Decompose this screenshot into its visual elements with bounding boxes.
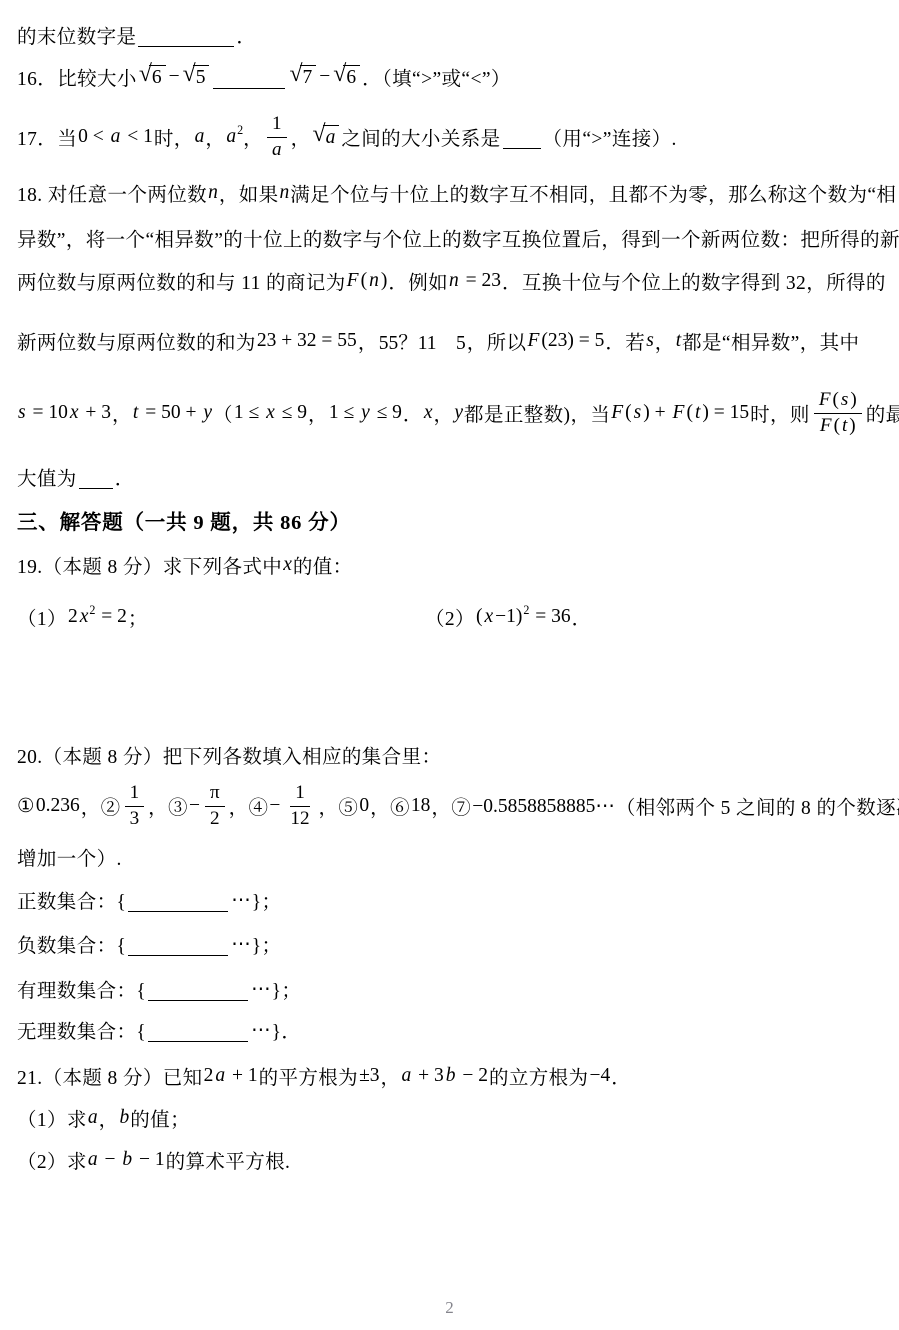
math-number: + 3 bbox=[412, 1065, 445, 1087]
math-number: 55？11 5 bbox=[378, 327, 467, 355]
fraction: 13 bbox=[125, 782, 145, 830]
text-run: ，如果 bbox=[219, 179, 279, 207]
text-run: 19.（本题 8 分）求下列各式中 bbox=[17, 551, 282, 579]
fraction-numerator: 1 bbox=[125, 782, 145, 807]
math-number: = 10 bbox=[27, 402, 69, 424]
text-run: 16．比较大小 bbox=[17, 63, 137, 91]
question-18-line-3: 两位数与原两位数的和与 11 的商记为F(n)．例如n = 23．互换十位与个位… bbox=[17, 266, 886, 296]
math-variable: a bbox=[87, 1107, 99, 1129]
fraction-denominator: 3 bbox=[125, 807, 145, 831]
math-number: − 1 bbox=[133, 1149, 166, 1171]
math-number: ) bbox=[849, 389, 857, 412]
math-variable: t bbox=[841, 415, 848, 438]
text-run: }； bbox=[252, 930, 282, 958]
answer-blank bbox=[128, 933, 228, 956]
question-16-line: 16．比较大小√6−√5√7−√6．（填“>”或“<”） bbox=[17, 62, 511, 92]
text-run: ．若 bbox=[605, 327, 645, 355]
math-number: ( bbox=[624, 402, 633, 424]
math-number: −4 bbox=[588, 1065, 611, 1087]
math-number: = 2 bbox=[95, 606, 128, 628]
math-number: 7 bbox=[302, 67, 314, 88]
question-18-line-6: 大值为． bbox=[17, 462, 135, 492]
math-variable: n bbox=[279, 182, 291, 204]
question-21-part-2: （2）求a − b − 1的算术平方根. bbox=[17, 1145, 290, 1175]
text-run: ， bbox=[243, 123, 263, 151]
text-run: 大值为 bbox=[17, 463, 77, 491]
text-run: 20.（本题 8 分）把下列各数填入相应的集合里： bbox=[17, 741, 441, 769]
math-number: −0.5858858885⋯ bbox=[471, 794, 616, 818]
math-variable: F bbox=[346, 270, 360, 292]
text-run: ，⑥ bbox=[370, 792, 410, 820]
math-variable: a bbox=[325, 127, 337, 148]
text-run: 都是正整数)，当 bbox=[464, 399, 610, 427]
answer-blank bbox=[138, 24, 234, 47]
text-run: 新两位数与原两位数的和为 bbox=[17, 327, 256, 355]
exponent: 2 bbox=[523, 604, 529, 616]
math-number: + 1 bbox=[226, 1065, 259, 1087]
math-variable: F bbox=[610, 402, 624, 424]
fraction-numerator: 1 bbox=[290, 782, 310, 807]
answer-blank bbox=[503, 126, 541, 149]
question-19-part-2: （2）(x−1)2 = 36． bbox=[425, 602, 592, 632]
text-run: ， bbox=[655, 327, 675, 355]
text-run: 时，则 bbox=[750, 399, 810, 427]
text-run: }； bbox=[252, 886, 282, 914]
power-expression: a2 bbox=[225, 126, 243, 148]
math-variable: a bbox=[400, 1065, 412, 1087]
text-run: ． bbox=[115, 463, 135, 491]
math-number: ) + bbox=[642, 402, 671, 424]
math-variable: s bbox=[633, 402, 643, 424]
sqrt-expression: √5 bbox=[183, 65, 210, 89]
fraction-numerator: F(s) bbox=[814, 389, 862, 414]
fraction-denominator: 2 bbox=[205, 807, 225, 831]
question-20-numbers-line-2: 增加一个）. bbox=[17, 842, 122, 872]
math-number: − bbox=[99, 1149, 122, 1171]
math-number: 0 < bbox=[77, 126, 110, 148]
math-number: − bbox=[318, 66, 331, 88]
math-number: ≤ 9 bbox=[371, 402, 403, 424]
math-variable: x bbox=[282, 554, 293, 576]
math-variable: F bbox=[672, 402, 686, 424]
math-variable: a bbox=[214, 1065, 226, 1087]
math-number: 1 ≤ bbox=[328, 402, 360, 424]
math-number: 12 bbox=[289, 808, 310, 831]
text-run: 的立方根为 bbox=[489, 1062, 589, 1090]
math-number: = 23 bbox=[460, 270, 502, 292]
math-number: 2 bbox=[203, 1065, 215, 1087]
math-number: ) bbox=[380, 270, 389, 292]
text-run: ，② bbox=[81, 792, 121, 820]
question-21-line: 21.（本题 8 分）已知2a + 1的平方根为±3，a + 3b − 2的立方… bbox=[17, 1061, 631, 1091]
exam-document-page: 的末位数字是． 16．比较大小√6−√5√7−√6．（填“>”或“<”） 17．… bbox=[0, 0, 899, 1330]
math-number: ⋯ bbox=[230, 888, 252, 912]
text-run: ， bbox=[381, 1062, 401, 1090]
question-19-line: 19.（本题 8 分）求下列各式中x的值： bbox=[17, 550, 353, 580]
math-number: π bbox=[209, 782, 221, 805]
question-18-line-1: 18. 对任意一个两位数n，如果n满足个位与十位上的数字互不相同，且都不为零，那… bbox=[17, 178, 896, 208]
fraction-numerator: 1 bbox=[267, 113, 287, 138]
text-run: 的平方根为 bbox=[259, 1062, 359, 1090]
math-variable: x bbox=[265, 402, 276, 424]
text-run: 18. 对任意一个两位数 bbox=[17, 179, 207, 207]
sqrt-expression: √7 bbox=[289, 65, 316, 89]
math-number: + 3 bbox=[80, 402, 113, 424]
math-number: ) bbox=[848, 415, 856, 438]
math-number: ⋯ bbox=[250, 977, 272, 1001]
power-expression: (x−1)2 bbox=[475, 606, 529, 628]
math-number: ⋯ bbox=[230, 932, 252, 956]
fraction-numerator: π bbox=[205, 782, 225, 807]
text-run: }； bbox=[272, 975, 302, 1003]
math-number: = 50 + bbox=[139, 402, 202, 424]
radical-icon: √ bbox=[183, 63, 196, 87]
math-variable: a bbox=[271, 139, 283, 162]
text-run: 17．当 bbox=[17, 123, 77, 151]
math-number: − bbox=[168, 66, 181, 88]
text-run: 异数”，将一个“相异数”的十位上的数字与个位上的数字互换位置后，得到一个新两位数… bbox=[17, 224, 899, 252]
text-run: 正数集合：{ bbox=[17, 886, 126, 914]
irrational-set-line: 无理数集合：{⋯}． bbox=[17, 1015, 301, 1045]
fraction: 112 bbox=[285, 782, 314, 830]
text-run: 两位数与原两位数的和与 11 的商记为 bbox=[17, 267, 346, 295]
math-variable: F bbox=[818, 389, 832, 412]
answer-blank bbox=[79, 466, 113, 489]
math-variable: t bbox=[132, 402, 139, 424]
text-run: ； bbox=[128, 603, 148, 631]
math-variable: a bbox=[87, 1149, 99, 1171]
text-run: ， bbox=[112, 399, 132, 427]
math-number: 0.236 bbox=[35, 795, 81, 817]
text-run: ， bbox=[433, 399, 453, 427]
question-19-part-1: （1）2x2 = 2； bbox=[17, 602, 148, 632]
math-number: 1 bbox=[294, 782, 306, 805]
math-number: 1 bbox=[129, 782, 141, 805]
math-variable: x bbox=[423, 402, 434, 424]
question-18-line-4: 新两位数与原两位数的和为23 + 32 = 55，55？11 5，所以F(23)… bbox=[17, 326, 859, 356]
text-run: ． bbox=[572, 603, 592, 631]
question-18-line-5: s = 10x + 3，t = 50 + y（1 ≤ x ≤ 9，1 ≤ y ≤… bbox=[17, 385, 899, 441]
math-variable: a bbox=[225, 126, 237, 148]
math-number: ( bbox=[360, 270, 369, 292]
text-run: （ bbox=[213, 399, 233, 427]
text-run: ，⑤ bbox=[319, 792, 359, 820]
radical-icon: √ bbox=[139, 63, 152, 87]
text-run: （相邻两个 5 之间的 8 的个数逐次 bbox=[616, 792, 899, 820]
answer-blank bbox=[128, 889, 228, 912]
math-variable: t bbox=[675, 330, 682, 352]
positive-set-line: 正数集合：{⋯}； bbox=[17, 885, 281, 915]
text-run: 都是“相异数”，其中 bbox=[682, 327, 859, 355]
text-run: 的值； bbox=[130, 1104, 190, 1132]
math-variable: y bbox=[453, 402, 464, 424]
text-run: 增加一个）. bbox=[17, 843, 122, 871]
math-number: ( bbox=[685, 402, 694, 424]
text-run: 时， bbox=[154, 123, 194, 151]
question-20-line: 20.（本题 8 分）把下列各数填入相应的集合里： bbox=[17, 740, 441, 770]
exponent: 2 bbox=[237, 124, 243, 136]
fraction: F(s)F(t) bbox=[814, 389, 862, 437]
math-number: ) = 15 bbox=[701, 402, 750, 424]
math-number: ±3 bbox=[358, 1065, 380, 1087]
math-variable: b bbox=[119, 1107, 131, 1129]
math-number: ( bbox=[833, 415, 841, 438]
text-run: 满足个位与十位上的数字互不相同，且都不为零，那么称这个数为“相 bbox=[290, 179, 896, 207]
math-number: 6 bbox=[345, 67, 357, 88]
math-number: 1 bbox=[271, 113, 283, 136]
text-run: }． bbox=[272, 1016, 302, 1044]
math-variable: y bbox=[360, 402, 371, 424]
math-variable: x bbox=[79, 606, 90, 628]
text-run: （2）求 bbox=[17, 1146, 87, 1174]
text-run: （1） bbox=[17, 603, 67, 631]
text-run: （2） bbox=[425, 603, 475, 631]
math-number: 18 bbox=[410, 795, 432, 817]
text-run: 无理数集合：{ bbox=[17, 1016, 146, 1044]
fraction: π2 bbox=[205, 782, 225, 830]
math-number: 2 bbox=[209, 808, 221, 831]
text-run: ① bbox=[17, 794, 35, 818]
radical-icon: √ bbox=[289, 63, 302, 87]
text-run: 负数集合：{ bbox=[17, 930, 126, 958]
text-run: ， bbox=[99, 1104, 119, 1132]
text-run: ，所以 bbox=[467, 327, 527, 355]
math-number: 3 bbox=[129, 808, 141, 831]
math-number: −1) bbox=[494, 606, 523, 628]
math-variable: s bbox=[645, 330, 655, 352]
math-variable: n bbox=[448, 270, 460, 292]
rational-set-line: 有理数集合：{⋯}； bbox=[17, 974, 301, 1004]
fraction-denominator: 12 bbox=[285, 807, 314, 831]
math-number: ( bbox=[832, 389, 840, 412]
text-run: ．（填“>”或“<”） bbox=[362, 63, 511, 91]
text-run: ，③ bbox=[148, 792, 188, 820]
math-number: − 2 bbox=[456, 1065, 489, 1087]
text-run: ，⑦ bbox=[431, 792, 471, 820]
sqrt-expression: √a bbox=[313, 125, 340, 149]
math-number: − bbox=[188, 795, 201, 817]
text-run: 有理数集合：{ bbox=[17, 975, 146, 1003]
text-run: ，④ bbox=[229, 792, 269, 820]
question-15-answer-line: 的末位数字是． bbox=[17, 20, 256, 50]
sqrt-expression: √6 bbox=[139, 65, 166, 89]
text-run: ， bbox=[358, 327, 378, 355]
math-number: ⋯ bbox=[250, 1018, 272, 1042]
text-run: 的算术平方根. bbox=[166, 1146, 291, 1174]
text-run: 的末位数字是 bbox=[17, 21, 136, 49]
text-run: 21.（本题 8 分）已知 bbox=[17, 1062, 203, 1090]
radical-icon: √ bbox=[333, 63, 346, 87]
text-run: 之间的大小关系是 bbox=[341, 123, 500, 151]
question-20-numbers-line: ①0.236，②13，③−π2，④−112，⑤0，⑥18，⑦−0.5858858… bbox=[17, 778, 899, 834]
text-run: ， bbox=[205, 123, 225, 151]
math-variable: b bbox=[121, 1149, 133, 1171]
negative-set-line: 负数集合：{⋯}； bbox=[17, 929, 281, 959]
text-run: 的最 bbox=[866, 399, 899, 427]
math-number: 1 ≤ bbox=[233, 402, 265, 424]
math-variable: a bbox=[110, 126, 122, 148]
math-variable: x bbox=[69, 402, 80, 424]
math-number: = 36 bbox=[529, 606, 571, 628]
question-18-line-2: 异数”，将一个“相异数”的十位上的数字与个位上的数字互换位置后，得到一个新两位数… bbox=[17, 223, 899, 253]
page-number: 2 bbox=[0, 1298, 899, 1318]
math-variable: F bbox=[819, 415, 833, 438]
exponent: 2 bbox=[89, 604, 95, 616]
math-variable: s bbox=[17, 402, 27, 424]
text-run: ． bbox=[403, 399, 423, 427]
section-3-heading: 三、解答题（一共 9 题，共 86 分） bbox=[17, 505, 351, 535]
math-variable: x bbox=[483, 606, 494, 628]
fraction-denominator: a bbox=[267, 138, 287, 162]
text-run: ， bbox=[308, 399, 328, 427]
text-run: （用“>”连接）. bbox=[543, 123, 677, 151]
fraction: 1a bbox=[267, 113, 287, 161]
math-number: < 1 bbox=[121, 126, 154, 148]
answer-blank bbox=[148, 1019, 248, 1042]
text-run: （1）求 bbox=[17, 1104, 87, 1132]
radical-icon: √ bbox=[313, 123, 326, 147]
math-number: 23 + 32 = 55 bbox=[256, 330, 358, 352]
question-21-part-1: （1）求a，b的值； bbox=[17, 1103, 190, 1133]
power-expression: x2 bbox=[79, 606, 96, 628]
text-run: 三、解答题（一共 9 题，共 86 分） bbox=[17, 505, 351, 535]
text-run: ， bbox=[291, 123, 311, 151]
math-number: − bbox=[268, 795, 281, 817]
question-17-line: 17．当0 < a < 1时，a，a2，1a，√a之间的大小关系是（用“>”连接… bbox=[17, 112, 677, 162]
math-number: (23) = 5 bbox=[540, 330, 605, 352]
text-run: ．互换十位与个位上的数字得到 32，所得的 bbox=[502, 267, 886, 295]
answer-blank bbox=[213, 66, 285, 89]
answer-blank bbox=[148, 978, 248, 1001]
math-variable: s bbox=[840, 389, 849, 412]
text-run: 的值： bbox=[293, 551, 353, 579]
math-number: ≤ 9 bbox=[276, 402, 308, 424]
math-number: 0 bbox=[358, 795, 370, 817]
math-variable: y bbox=[202, 402, 213, 424]
sqrt-expression: √6 bbox=[333, 65, 360, 89]
math-variable: n bbox=[368, 270, 380, 292]
math-number: ( bbox=[475, 606, 484, 628]
math-variable: F bbox=[526, 330, 540, 352]
math-number: 2 bbox=[67, 606, 79, 628]
math-number: 5 bbox=[195, 67, 207, 88]
math-number: 6 bbox=[151, 67, 163, 88]
math-variable: n bbox=[207, 182, 219, 204]
math-variable: b bbox=[445, 1065, 457, 1087]
text-run: ． bbox=[236, 21, 256, 49]
text-run: ．例如 bbox=[388, 267, 448, 295]
math-variable: t bbox=[694, 402, 701, 424]
text-run: ． bbox=[611, 1062, 631, 1090]
math-variable: a bbox=[194, 126, 206, 148]
fraction-denominator: F(t) bbox=[815, 414, 861, 438]
